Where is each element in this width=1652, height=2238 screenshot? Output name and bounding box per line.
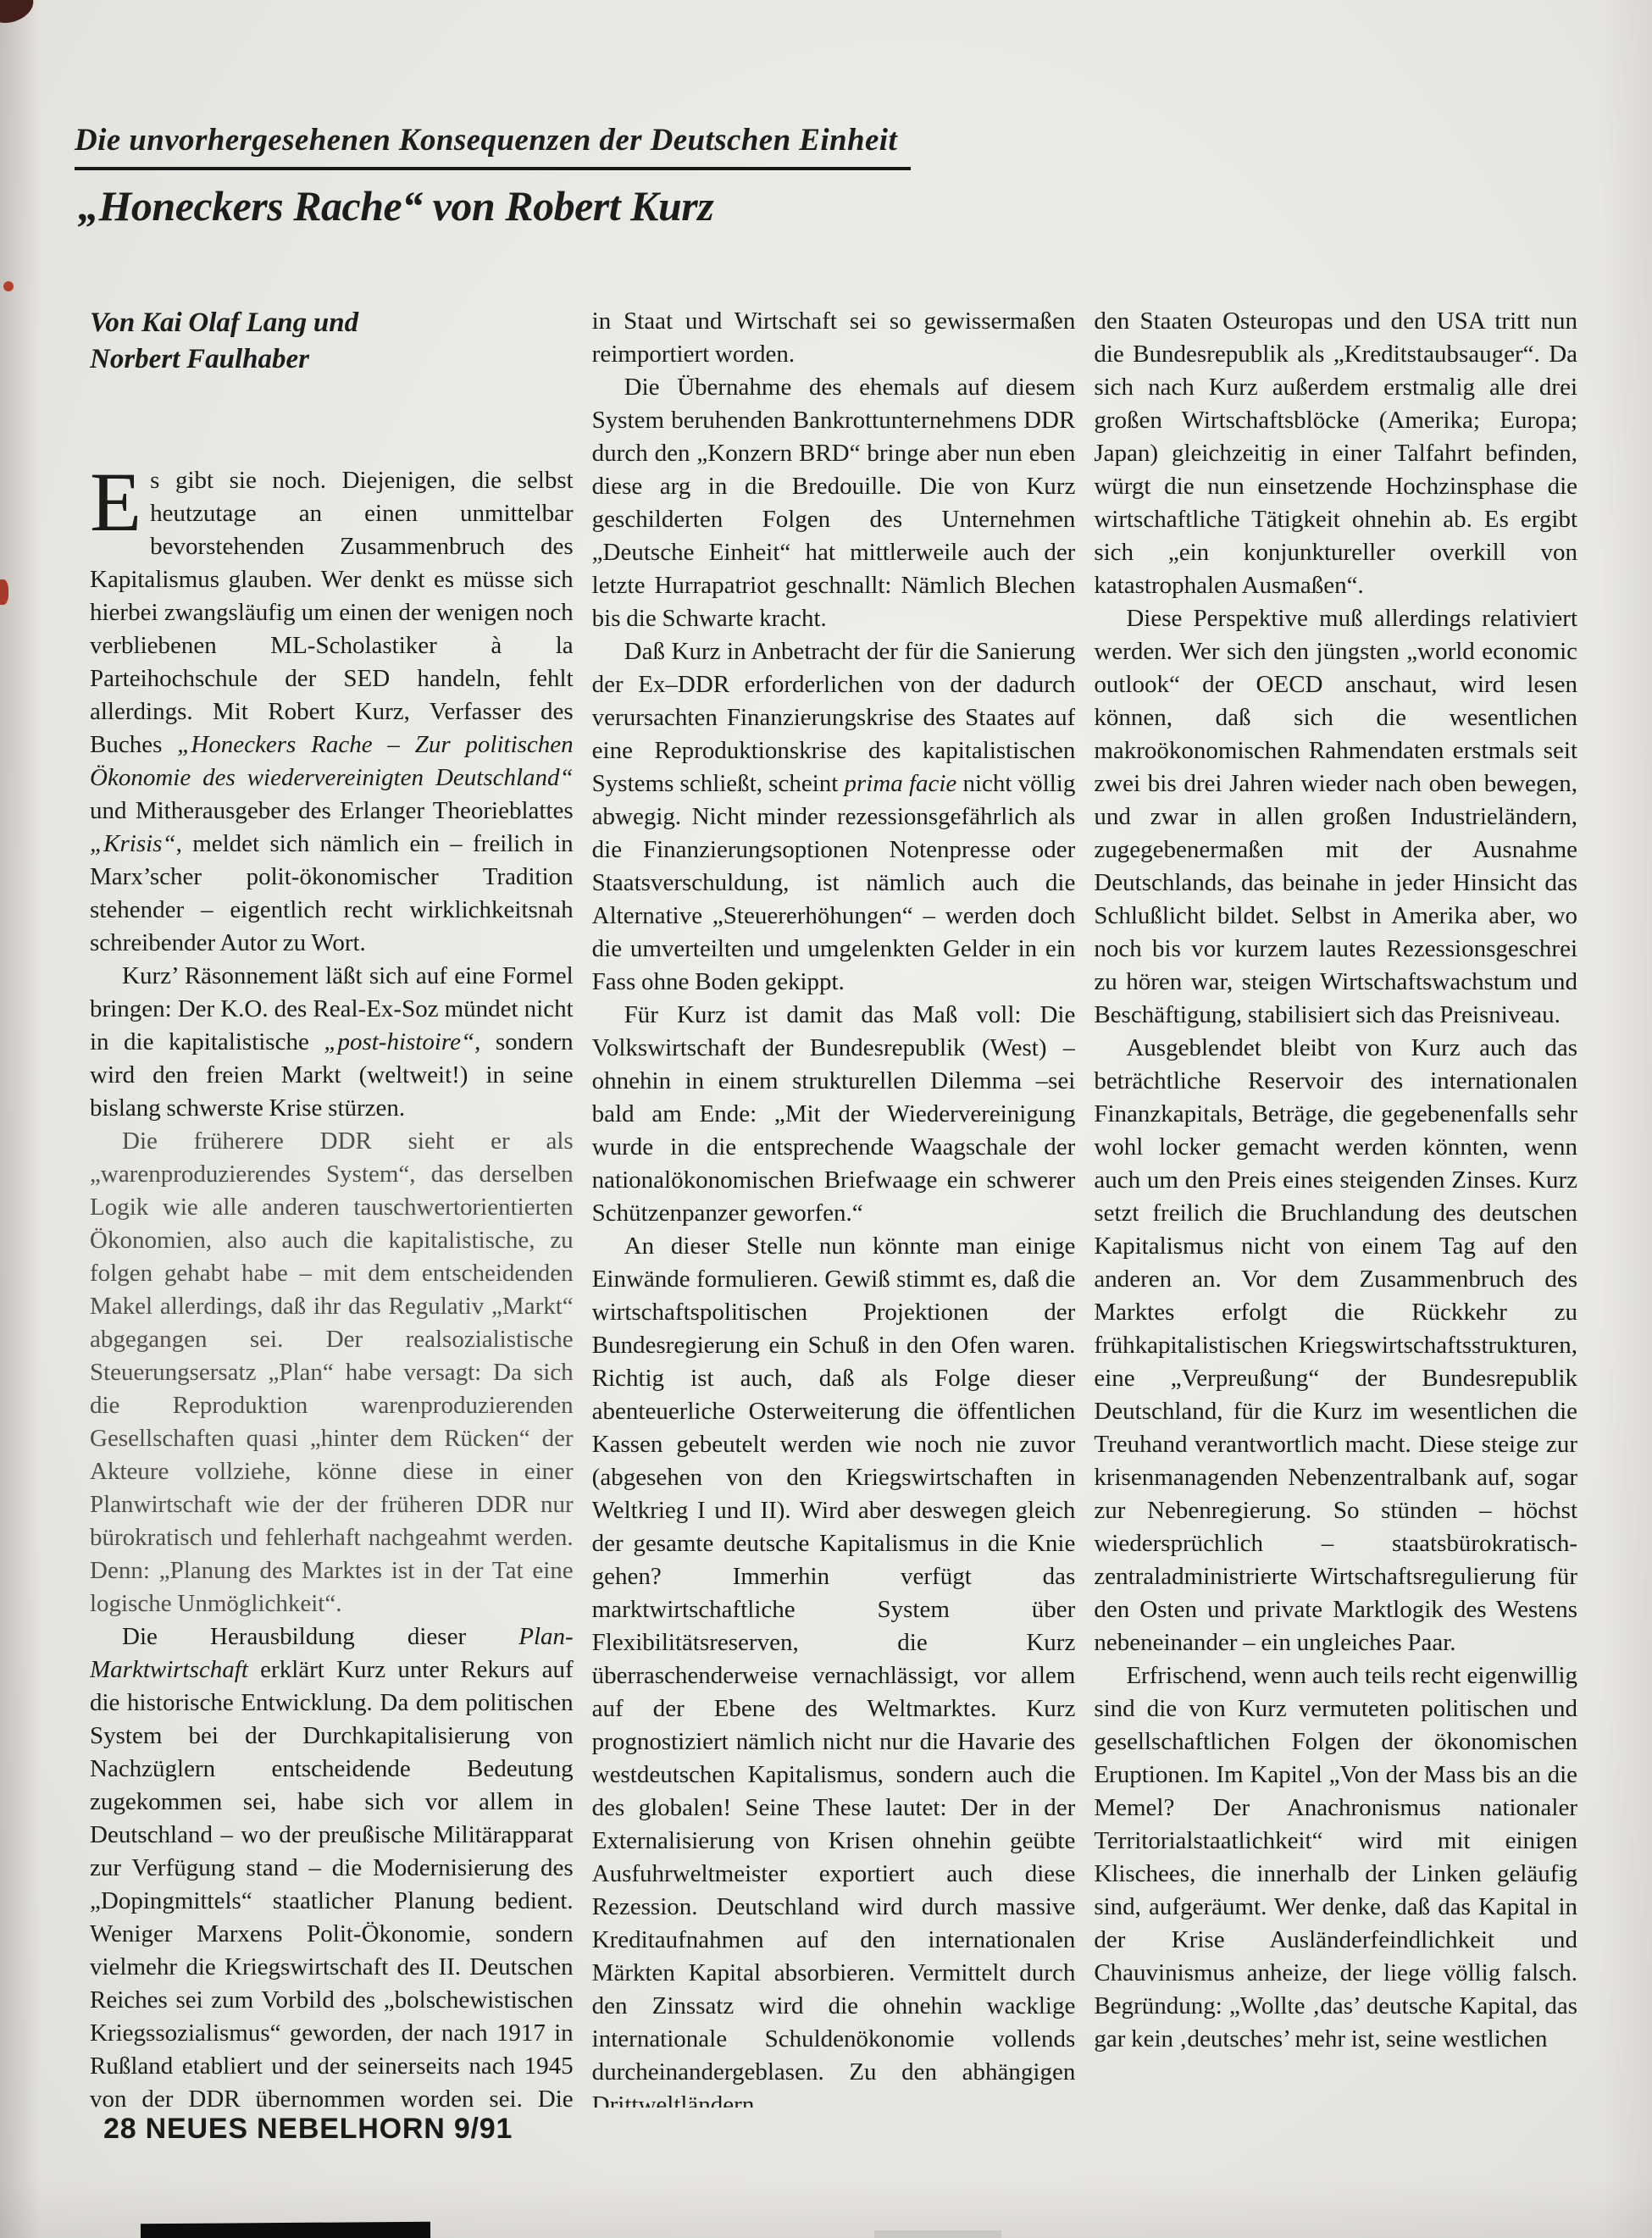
italic-text-run: „post-histoire“ [324,1028,474,1055]
text-run: und Mitherausgeber des Erlanger Theorieb… [90,797,574,824]
text-run: nicht völlig abwegig. Nicht minder rezes… [592,770,1076,995]
italic-text-run: prima facie [844,770,956,797]
scan-red-dot [3,281,14,291]
body-paragraph: Die früherere DDR sieht er als „warenpro… [90,1125,574,1620]
body-paragraph: Die Herausbildung dieser Plan-Marktwirts… [90,1620,574,2108]
text-run: Die früherere DDR sieht er als „warenpro… [90,1127,574,1617]
scan-red-edge-mark [0,579,8,605]
bottom-scan-smudge [874,2230,1001,2238]
text-run: in Staat und Wirtschaft sei so gewisserm… [592,307,1076,368]
text-run: s gibt sie noch. Diejenigen, die selbst … [90,467,574,758]
page-footer: 28 NEUES NEBELHORN 9/91 [103,2113,513,2146]
body-paragraph: Daß Kurz in Anbetracht der für die Sanie… [592,635,1076,999]
body-paragraph: Es gibt sie noch. Diejenigen, die selbst… [90,464,574,960]
drop-cap: E [90,464,150,535]
text-run: Erfrischend, wenn auch teils recht eigen… [1094,1662,1577,2052]
body-paragraph: Ausgeblendet bleibt von Kurz auch das be… [1094,1032,1577,1659]
column-1: Von Kai Olaf Lang und Norbert Faulhaber … [90,305,574,2108]
text-run: Die Herausbildung dieser [122,1623,518,1650]
scanned-magazine-page: Die unvorhergesehenen Konsequenzen der D… [0,0,1652,2238]
text-run: den Staaten Osteuropas und den USA tritt… [1094,307,1577,599]
body-paragraph: An dieser Stelle nun könnte man einige E… [592,1230,1076,2108]
byline-line-2: Norbert Faulhaber [90,341,574,378]
kicker-headline: Die unvorhergesehenen Konsequenzen der D… [75,122,911,170]
bottom-crop-bar [141,2222,430,2238]
body-paragraph: Diese Perspektive muß allerdings relativ… [1094,602,1577,1032]
text-run: Für Kurz ist damit das Maß voll: Die Vol… [592,1001,1076,1227]
text-run: An dieser Stelle nun könnte man einige E… [592,1233,1076,2108]
scan-smudge-top-left [0,0,38,29]
body-paragraph: den Staaten Osteuropas und den USA tritt… [1094,305,1577,602]
column-3: den Staaten Osteuropas und den USA tritt… [1094,305,1577,2108]
byline: Von Kai Olaf Lang und Norbert Faulhaber [90,305,574,378]
body-paragraph: Für Kurz ist damit das Maß voll: Die Vol… [592,999,1076,1230]
article-title: „Honeckers Rache“ von Robert Kurz [78,181,713,230]
body-paragraph: in Staat und Wirtschaft sei so gewisserm… [592,305,1076,371]
text-run: erklärt Kurz unter Rekurs auf die histor… [90,1656,574,2108]
italic-text-run: „Krisis“ [90,830,176,857]
body-paragraph: Die Übernahme des ehemals auf diesem Sys… [592,371,1076,635]
byline-line-1: Von Kai Olaf Lang und [90,305,574,341]
body-paragraph: Erfrischend, wenn auch teils recht eigen… [1094,1659,1577,2056]
body-paragraph: Kurz’ Räsonnement läßt sich auf eine For… [90,960,574,1125]
column-2: in Staat und Wirtschaft sei so gewisserm… [592,305,1076,2108]
text-run: Ausgeblendet bleibt von Kurz auch das be… [1094,1034,1577,1656]
article-body: Von Kai Olaf Lang und Norbert Faulhaber … [90,305,1577,2108]
text-run: Diese Perspektive muß allerdings relativ… [1094,605,1577,1028]
text-run: Die Übernahme des ehemals auf diesem Sys… [592,374,1076,632]
